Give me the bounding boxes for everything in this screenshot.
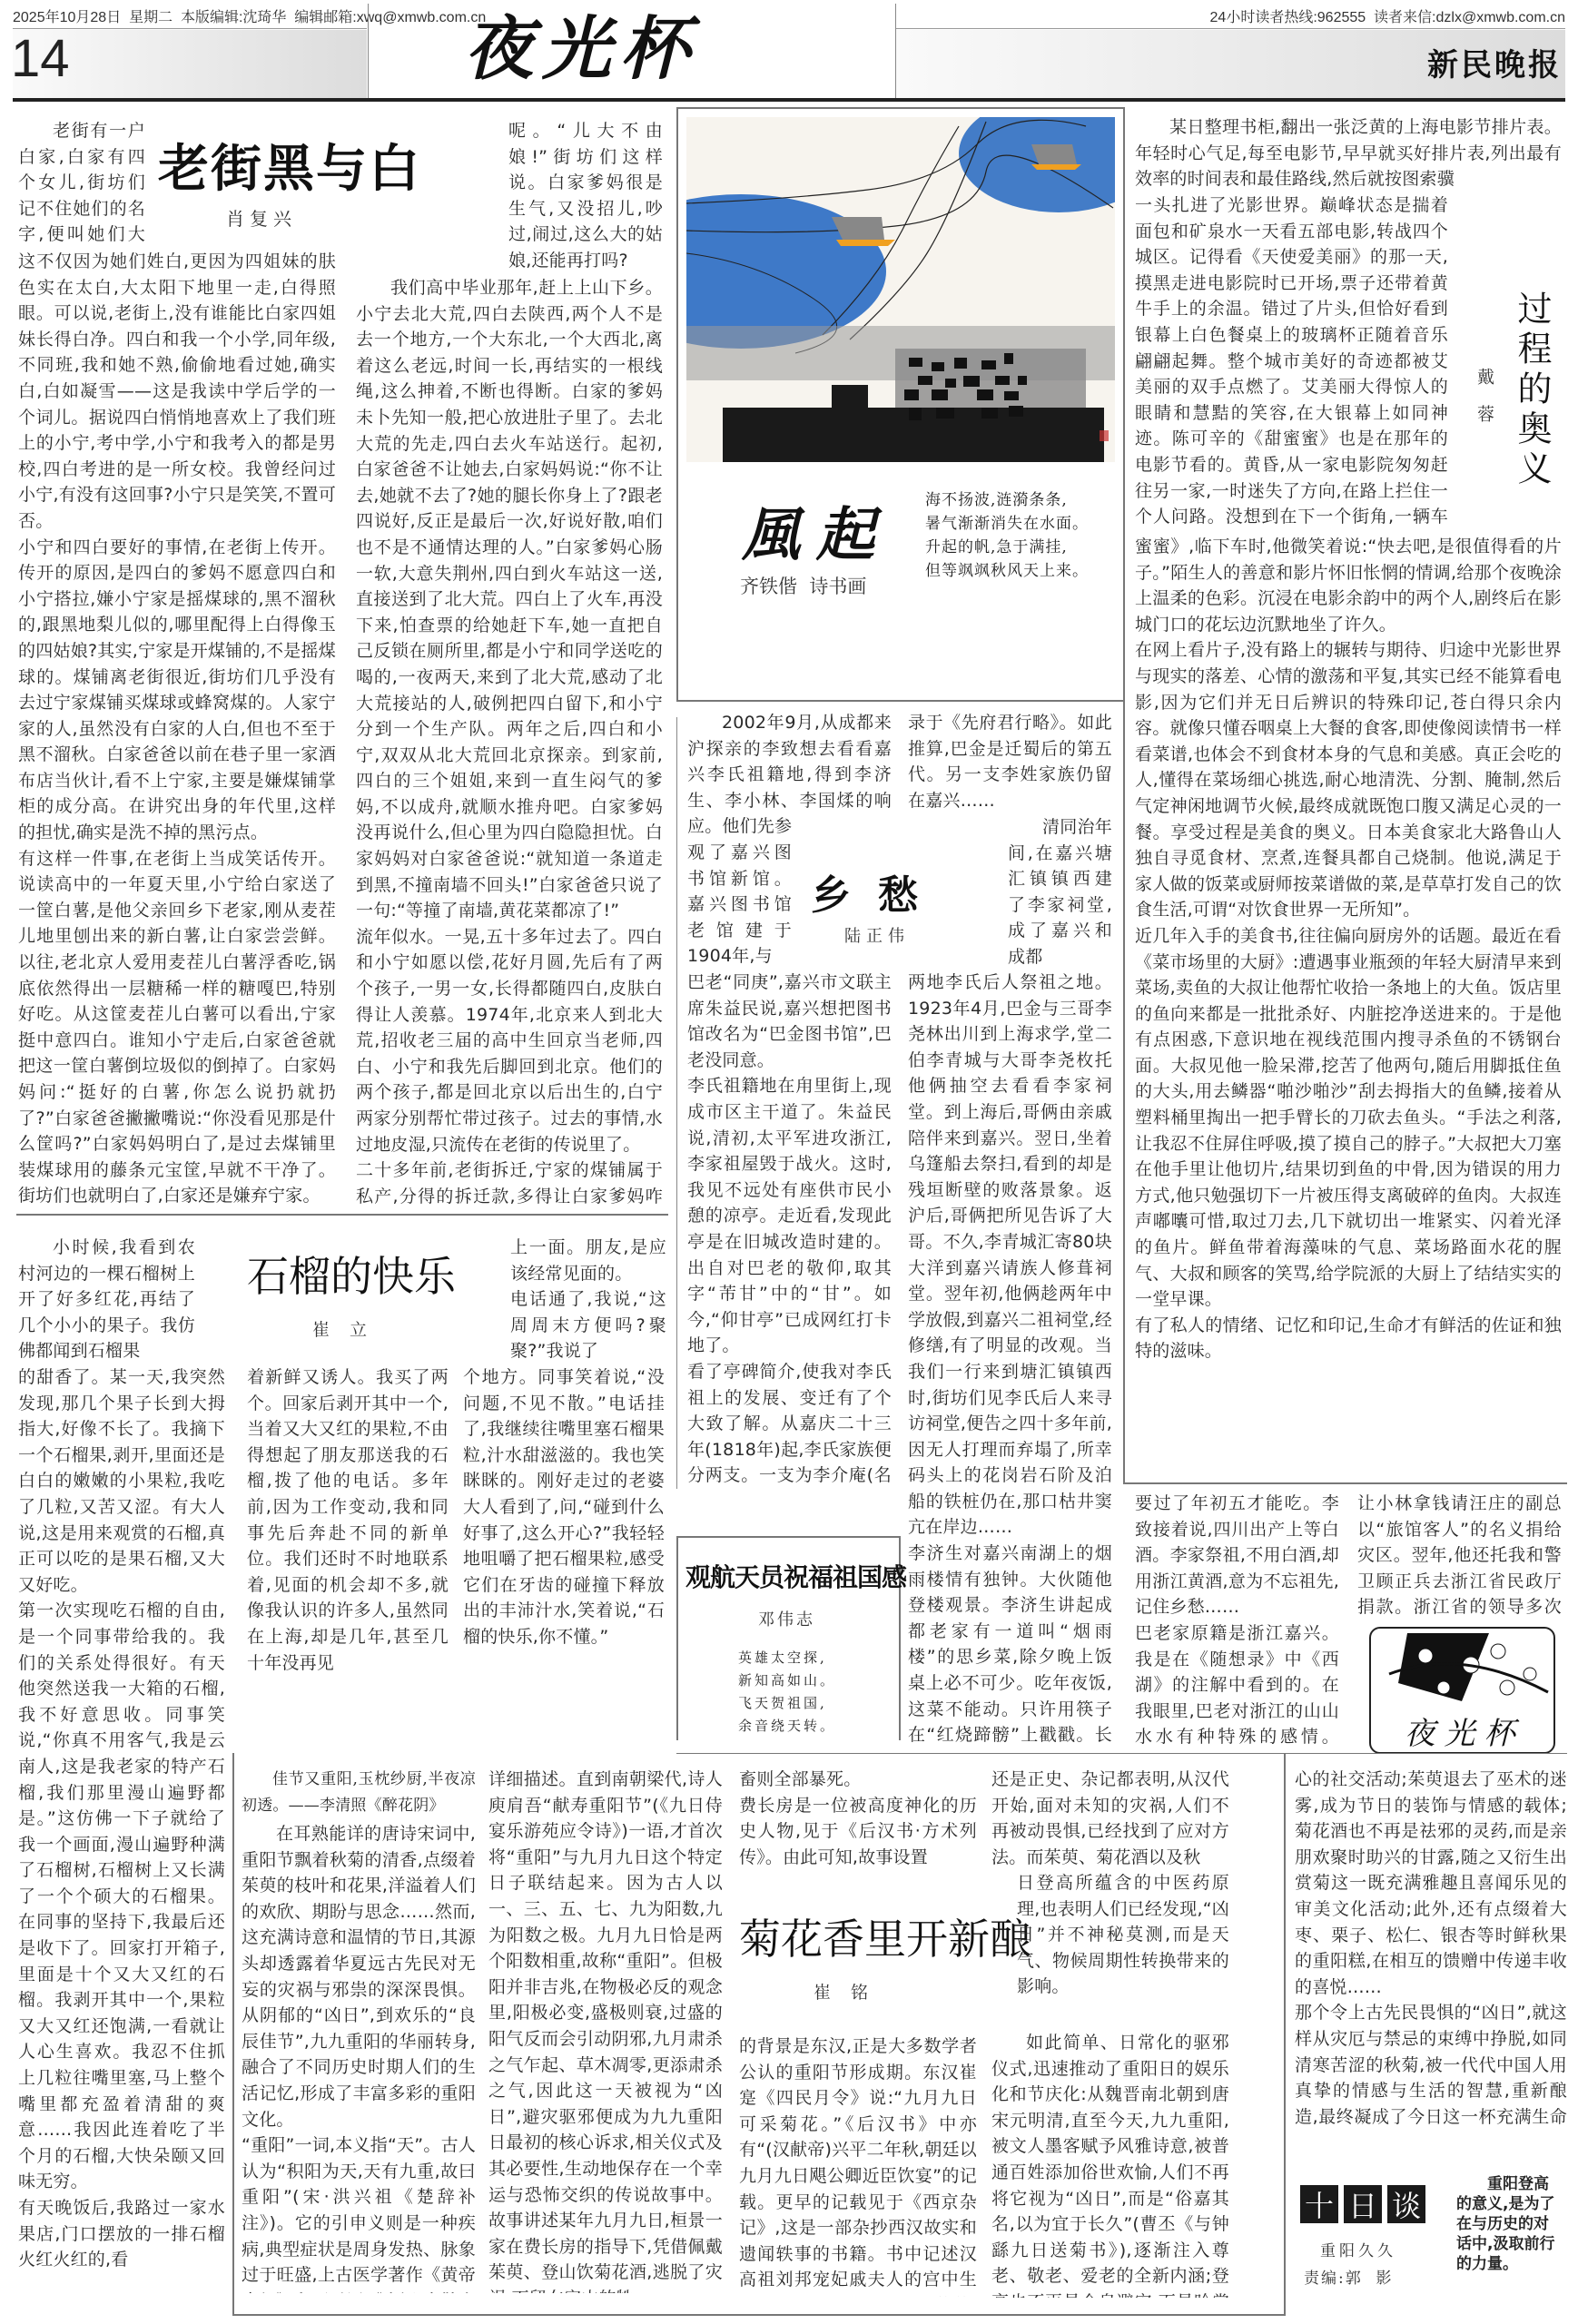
reader-hotline: 24小时读者热线:962555 读者来信:dzlx@xmwb.com.cn bbox=[1210, 5, 1565, 26]
poem-line: 暑气渐渐消失在水面。 bbox=[925, 512, 1111, 536]
chrysanthemum-author: 崔铭 bbox=[814, 1979, 888, 2004]
pomegranate-author: 崔立 bbox=[312, 1316, 387, 1341]
chrysanthemum-col1: 在耳熟能详的唐诗宋词中,重阳节飘着秋菊的清香,点缀着茱萸的枝叶和花果,洋溢着人们… bbox=[242, 1821, 476, 2293]
ten-days-blurb: 重阳登高的意义,是为了在与历史的对话中,汲取前行的力量。 bbox=[1456, 2174, 1556, 2274]
astronaut-poem-title: 观航天员祝福祖国感 bbox=[685, 1558, 906, 1594]
painting-frame: 風起 齐铁偕 诗书画 海不扬波,涟漪条条, 暑气渐渐消失在水面。 升起的帆,急于… bbox=[676, 107, 1125, 702]
divider-old-street bbox=[16, 1214, 668, 1216]
chrysanthemum-col4: 如此简单、日常化的驱邪仪式,迅速推动了重阳日的娱乐化和节庆化:从魏晋南北朝到唐宋… bbox=[991, 2030, 1229, 2298]
paper-name: 新民晚报 bbox=[1427, 40, 1562, 84]
old-street-col1-top: 老街有一户白家,白家有四个女儿,街坊们记不住她们的名字,便叫她们大白、二白、三白… bbox=[18, 118, 145, 250]
chrysanthemum-col5: 心的社交活动;茱萸退去了巫术的迷雾,成为节日的装饰与情感的载体;菊花酒也不再是祛… bbox=[1295, 1767, 1567, 2125]
old-street-title: 老街黑与白 bbox=[158, 129, 421, 202]
nostalgia-author: 陆正伟 bbox=[844, 923, 910, 947]
painting-credit: 齐铁偕 诗书画 bbox=[740, 572, 866, 599]
nostalgia-continuation: 要过了年初五才能吃。李致接着说,四川出产上等白酒。李家祭祖,不用白酒,却用浙江黄… bbox=[1135, 1491, 1562, 1749]
chrysanthemum-title: 菊花香里开新酿 bbox=[739, 1906, 1031, 1966]
section-masthead: 夜光杯 bbox=[399, 4, 763, 94]
process-author: 戴蓉 bbox=[1473, 368, 1497, 442]
nostalgia-colA-body: 巴老“同庚”,嘉兴市文联主席朱益民说,嘉兴想把图书馆改名为“巴金图书馆”,巴老没… bbox=[687, 970, 892, 1492]
chrysanthemum-col3: 的背景是东汉,正是大多数学者公认的重阳节形成期。东汉崔寔《四民月令》说:“九月九… bbox=[739, 2033, 977, 2297]
process-bottom: 蜜蜜》,临下车时,他微笑着说:“快去吧,是很值得看的片子。”陌生人的善意和影片怀… bbox=[1135, 534, 1562, 1451]
chrysanthemum-col2: 详细描述。直到南朝梁代,诗人庾肩吾“献寿重阳节”(《九日侍宴乐游苑应令诗》)一语… bbox=[488, 1767, 723, 2293]
header-divider-left bbox=[368, 4, 369, 100]
astronaut-poem-lines: 英雄太空探, 新知高如山。 飞天贺祖国, 余音绕天转。 bbox=[738, 1647, 836, 1738]
article-process: 某日整理书柜,翻出一张泛黄的上海电影节排片表。年轻时心气足,每至电影节,早早就买… bbox=[1135, 109, 1562, 1480]
header-right-rule bbox=[896, 28, 1565, 29]
poem-line: 升起的帆,急于满挂, bbox=[925, 536, 1111, 559]
painting-poem: 海不扬波,涟漪条条, 暑气渐渐消失在水面。 升起的帆,急于满挂, 但等飒飒秋风天… bbox=[925, 488, 1111, 583]
nostalgia-colB-body: 两地李氏后人祭祖之地。1923年4月,巴金与三哥李尧林出川到上海求学,堂二伯李青… bbox=[908, 970, 1112, 1743]
yeguangbei-stamp: 夜光杯 bbox=[1369, 1627, 1555, 1754]
process-top: 某日整理书柜,翻出一张泛黄的上海电影节排片表。年轻时心气足,每至电影节,早早就买… bbox=[1135, 114, 1562, 192]
nostalgia-left-rule bbox=[676, 717, 677, 1489]
painting-title: 風起 bbox=[742, 488, 891, 572]
nostalgia-colA-narrow: 观了嘉兴图书馆新馆。嘉兴图书馆老馆建于1904年,与 bbox=[687, 840, 792, 971]
header-bottom-rule bbox=[13, 98, 1565, 102]
pomegranate-col3-top: 上一面。朋友,是应该经常见面的。 电话通了,我说,“这周周末方便吗?聚聚?”我说… bbox=[510, 1235, 666, 1366]
astronaut-poem-author: 邓伟志 bbox=[758, 1607, 815, 1630]
plum-blossom-icon bbox=[1371, 1629, 1555, 1710]
old-street-author: 肖复兴 bbox=[226, 204, 297, 231]
poem-line: 余音绕天转。 bbox=[738, 1715, 836, 1738]
painting-image bbox=[686, 117, 1115, 462]
ten-days-char: 日 bbox=[1344, 2185, 1382, 2223]
article-old-street: 老街有一户白家,白家有四个女儿,街坊们记不住她们的名字,便叫她们大白、二白、三白… bbox=[13, 109, 665, 1194]
ink-seascape-icon bbox=[686, 117, 1115, 462]
nostalgia-colC: 要过了年初五才能吃。李致接着说,四川出产上等白酒。李家祭祖,不用白酒,却用浙江黄… bbox=[1135, 1491, 1339, 1749]
ten-days-badge: 十 日 谈 bbox=[1300, 2185, 1425, 2223]
nostalgia-colD: 让小林拿钱请汪庄的副总以“旅馆客人”的名义捐给灾区。翌年,他还托我和警卫顾正兵去… bbox=[1357, 1491, 1562, 1622]
poem-line: 但等飒飒秋风天上来。 bbox=[925, 559, 1111, 583]
poem-line: 英雄太空探, bbox=[738, 1647, 836, 1669]
process-narrow: 一头扎进了光影世界。巅峰状态是揣着面包和矿泉水一天看五部电影,转战四个城区。记得… bbox=[1135, 192, 1448, 533]
nostalgia-title: 乡愁 bbox=[811, 862, 945, 921]
nostalgia-colB-narrow: 清同治年间,在嘉兴塘汇镇镇西建了李家祠堂,成了嘉兴和成都 bbox=[1008, 814, 1112, 970]
poem-line: 海不扬波,涟漪条条, bbox=[925, 488, 1111, 512]
poem-line: 新知高如山。 bbox=[738, 1669, 836, 1692]
ten-days-subtitle: 重阳久久 bbox=[1320, 2238, 1396, 2260]
old-street-col2-top: 呢。“儿大不由娘!”街坊们这样说。白家爹妈很是生气,又没招儿,吵过,闹过,这么大… bbox=[508, 118, 663, 277]
pomegranate-col3-body: 个地方。同事笑着说,“没问题,不见不散。”电话挂了,我继续往嘴里塞石榴果粒,汁水… bbox=[463, 1364, 665, 1678]
poem-line: 飞天贺祖国, bbox=[738, 1692, 836, 1715]
ten-days-char: 十 bbox=[1300, 2185, 1338, 2223]
astronaut-poem-box: 观航天员祝福祖国感 邓伟志 英雄太空探, 新知高如山。 飞天贺祖国, 余音绕天转… bbox=[676, 1536, 901, 1740]
chrysanthemum-epigraph: 佳节又重阳,玉枕纱厨,半夜凉初透。——李清照《醉花阴》 bbox=[242, 1767, 476, 1819]
page-number: 14 bbox=[11, 31, 70, 87]
stamp-text: 夜光杯 bbox=[1371, 1709, 1555, 1753]
old-street-col1-body: 这不仅因为她们姓白,更因为四姐妹的肤色实在太白,大太阳下地里一走,白得照眼。可以… bbox=[18, 249, 336, 1211]
chrysanthemum-col3-head: 畜则全部暴死。 费长房是一位被高度神化的历史人物,见于《后汉书·方术列传》。由此… bbox=[739, 1767, 977, 1876]
pomegranate-col2-body: 着新鲜又诱人。我买了两个。回家后剥开其中一个,当着又大又红的果粒,不由得想起了朋… bbox=[247, 1364, 449, 1678]
ten-days-editor: 责编:郭 影 bbox=[1304, 2265, 1394, 2288]
nostalgia-colA-top: 2002年9月,从成都来沪探亲的李致想去看看嘉兴李氏祖籍地,得到李济生、李小林、… bbox=[687, 710, 892, 842]
pomegranate-title: 石榴的快乐 bbox=[247, 1244, 456, 1304]
pomegranate-col1-body: 的甜香了。某一天,我突然发现,那几个果子长到大拇指大,好像不长了。我摘下一个石榴… bbox=[18, 1364, 225, 2318]
ten-days-column: 十 日 谈 重阳久久 责编:郭 影 重阳登高的意义,是为了在与历史的对话中,汲取… bbox=[1295, 2174, 1567, 2319]
nostalgia-colB-top: 录于《先府君行略》。如此推算,巴金是迁蜀后的第五代。另一支李姓家族仍留在嘉兴…… bbox=[908, 710, 1112, 819]
chrysanthemum-col4-narrow: 日登高所蕴含的中医药原理,也表明人们已经发现,“凶日”并不神秘莫测,而是天气、物… bbox=[1017, 1870, 1229, 2029]
pomegranate-col1-top: 小时候,我看到农村河边的一棵石榴树上开了好多红花,再结了几个小小的果子。我仿佛都… bbox=[18, 1235, 195, 1366]
ten-days-char: 谈 bbox=[1387, 2185, 1425, 2223]
old-street-col2-body: 我们高中毕业那年,赶上上山下乡。小宁去北大荒,四白去陕西,两个人不是去一个地方,… bbox=[356, 275, 663, 1210]
chrysanthemum-col4-top: 还是正史、杂记都表明,从汉代开始,面对未知的灾祸,人们不再被动畏惧,已经找到了应… bbox=[991, 1767, 1229, 1871]
process-title: 过程的奥义 bbox=[1507, 290, 1557, 490]
